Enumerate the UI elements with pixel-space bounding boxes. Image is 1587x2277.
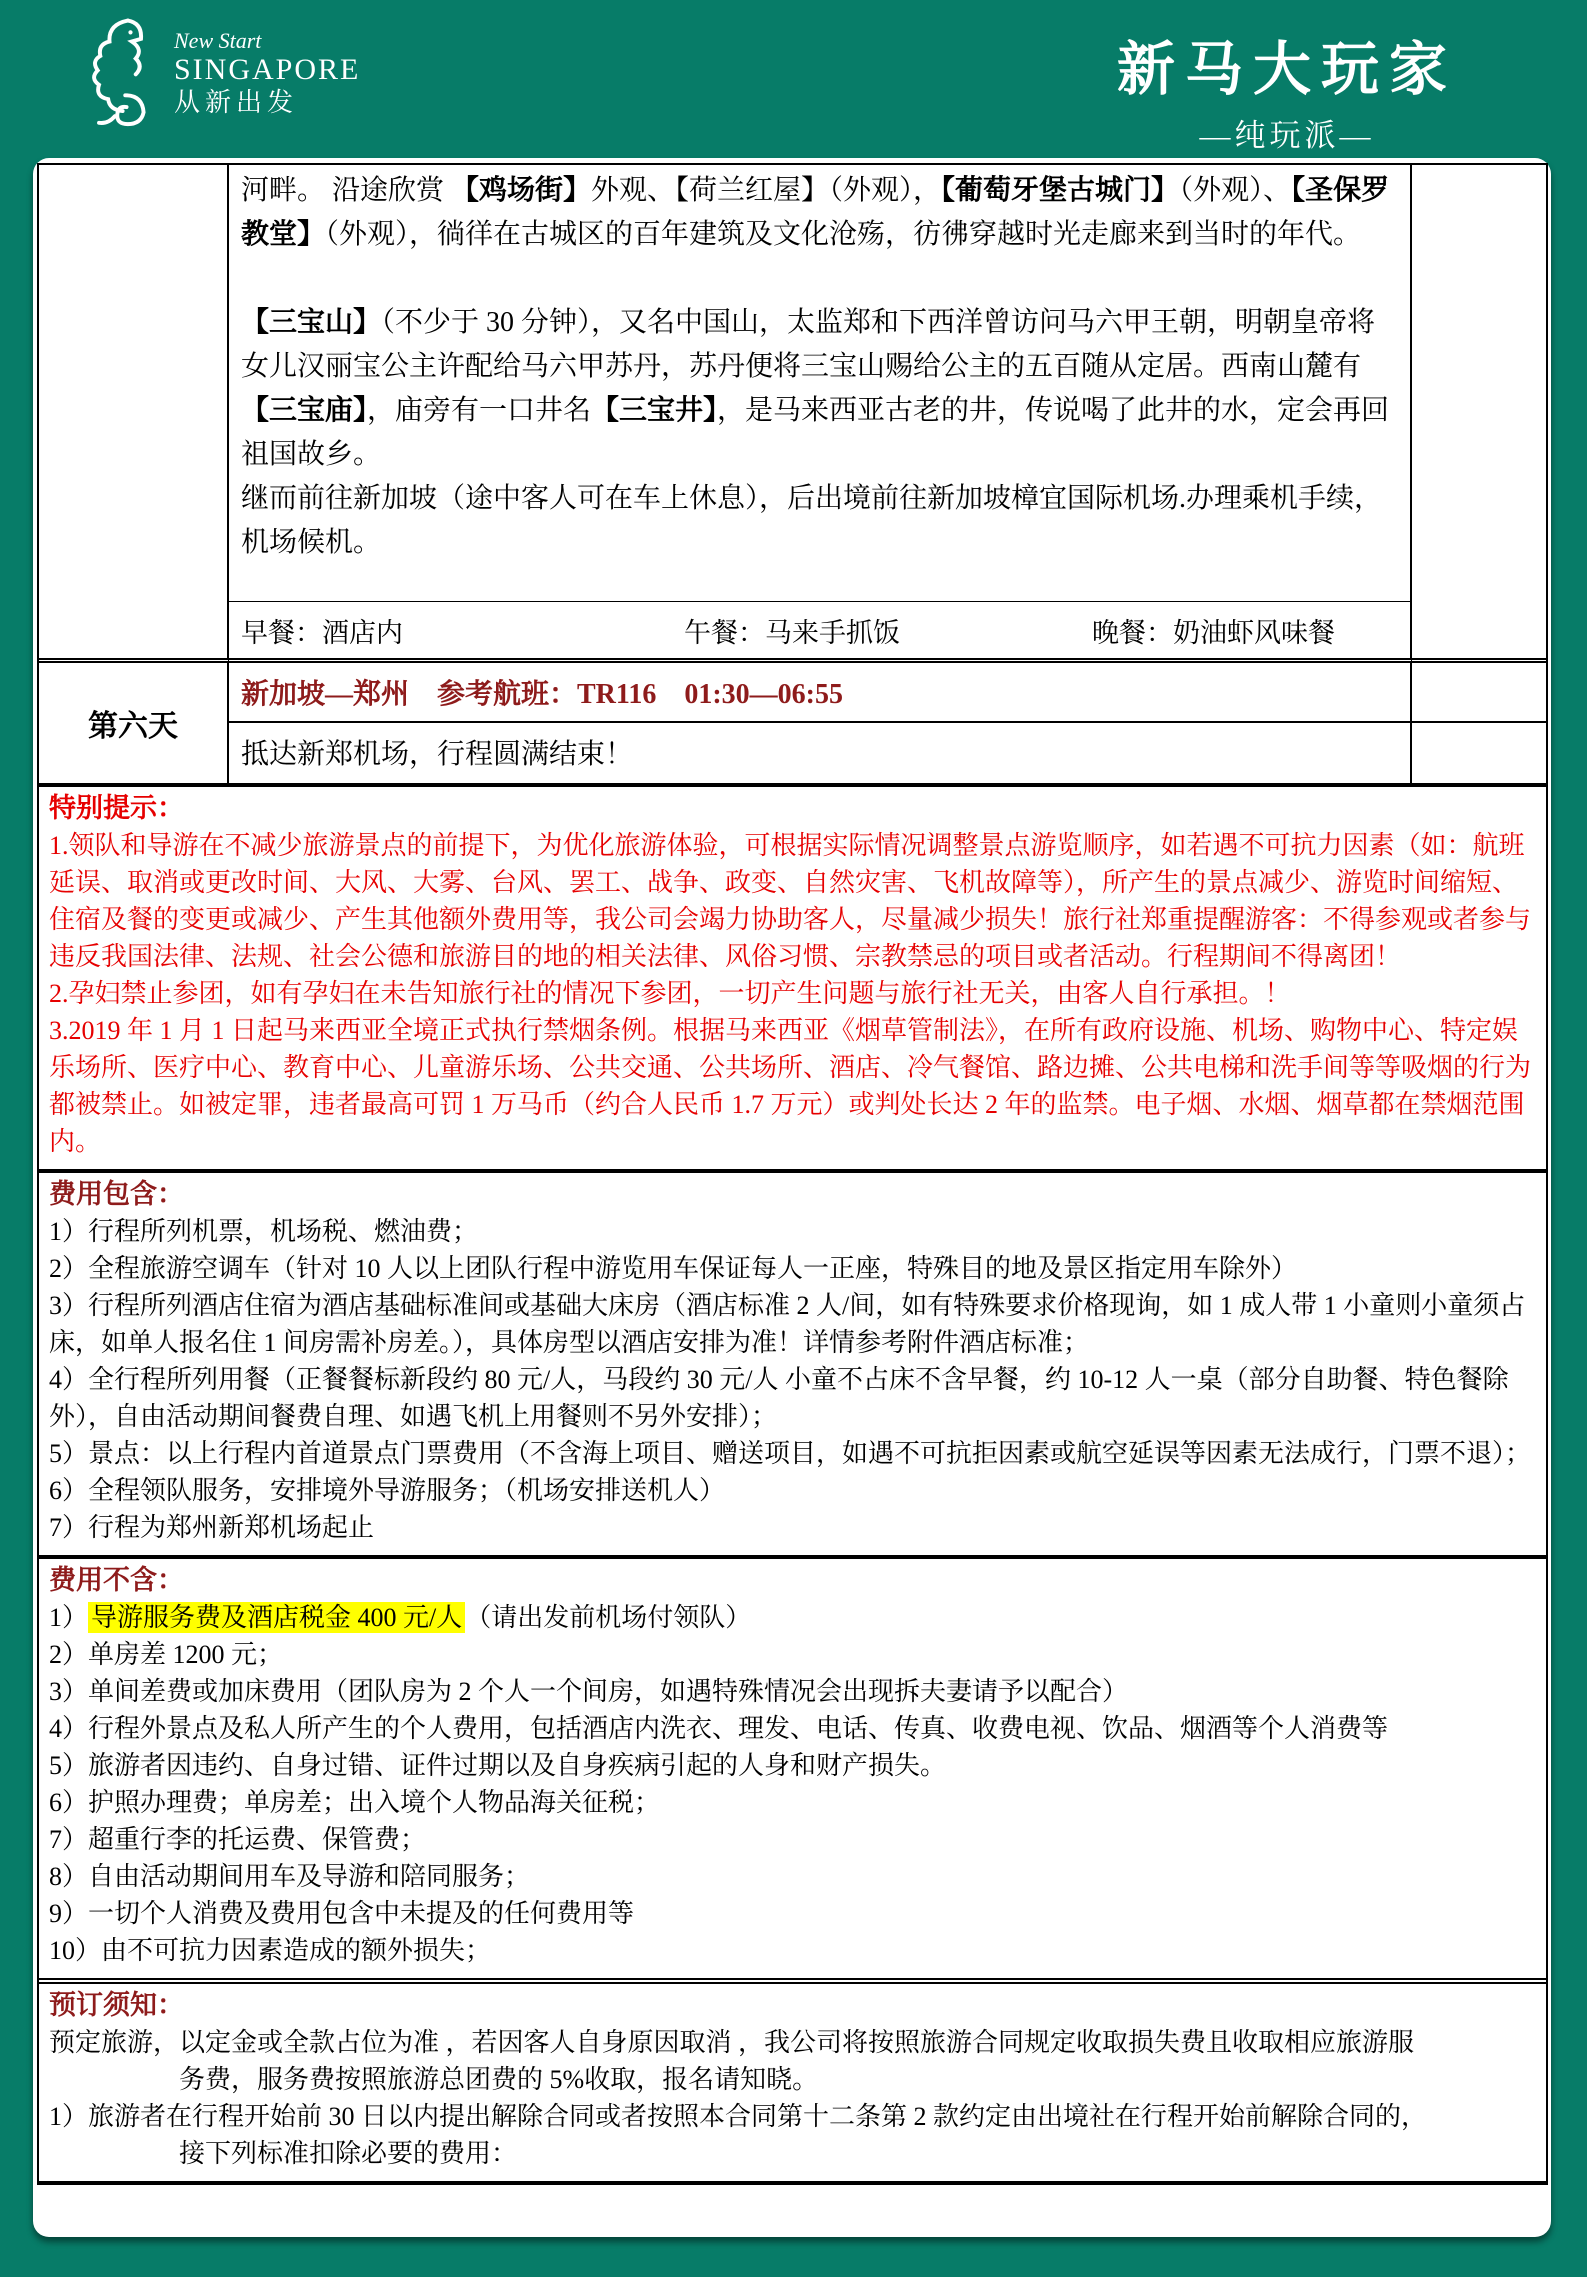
brand-subtitle: —纯玩派—: [1107, 110, 1467, 155]
booking-intro-line-indented: 务费，服务费按照旅游总团费的 5%收取，报名请知晓。: [49, 2061, 1534, 2098]
special-note-item: 2.孕妇禁止参团，如有孕妇在未告知旅行社的情况下参团，一切产生问题与旅行社无关，…: [49, 975, 1534, 1012]
fee-included-item: 2）全程旅游空调车（针对 10 人以上团队行程中游览用车保证每人一正座，特殊目的…: [49, 1250, 1534, 1287]
fee-excluded-item: 3）单间差费或加床费用（团队房为 2 个人一个间房，如遇特殊情况会出现拆夫妻请予…: [49, 1673, 1534, 1710]
logo-line-chinese: 从新出发: [174, 88, 360, 118]
agency-logo: New Start SINGAPORE 从新出发: [78, 14, 360, 132]
desc-bold-porta-de-santiago: 【葡萄牙堡古城门】: [941, 175, 1179, 206]
fee-excluded-item: 5）旅游者因违约、自身过错、证件过期以及自身疾病引起的人身和财产损失。: [49, 1747, 1534, 1784]
right-column-empty-cell: [1412, 165, 1546, 658]
brand-title: 新马大玩家: [1107, 22, 1467, 106]
fee-excluded-item: 10）由不可抗力因素造成的额外损失；: [49, 1932, 1534, 1969]
dinner-label: 晚餐：奶油虾风味餐: [1092, 611, 1335, 650]
brand-block: 新马大玩家 —纯玩派—: [1107, 22, 1467, 155]
special-notes-section: 特别提示： 1.领队和导游在不减少旅游景点的前提下，为优化旅游体验，可根据实际情…: [39, 783, 1546, 1169]
desc-text: （不少于 30 分钟），又名中国山，太监郑和下西洋曾访问马六甲王朝，明朝皇帝将女…: [241, 307, 1375, 382]
fee-excluded-item-1: 1）导游服务费及酒店税金 400 元/人（请出发前机场付领队）: [49, 1599, 1534, 1636]
fee-excluded-item: 6）护照办理费；单房差；出入境个人物品海关征税；: [49, 1784, 1534, 1821]
fees-included-section: 费用包含： 1）行程所列机票，机场税、燃油费； 2）全程旅游空调车（针对 10 …: [39, 1169, 1546, 1555]
logo-line-singapore: SINGAPORE: [174, 53, 360, 88]
desc-text: 河畔。 沿途欣赏: [241, 175, 451, 206]
description-paragraph-1: 河畔。 沿途欣赏 【鸡场街】外观、【荷兰红屋】（外观），【葡萄牙堡古城门】（外观…: [241, 169, 1400, 257]
logo-text: New Start SINGAPORE 从新出发: [174, 28, 360, 118]
fees-included-title: 费用包含：: [49, 1176, 1534, 1213]
desc-bold-sanbao-temple: 【三宝庙】: [241, 395, 367, 426]
highlighted-guide-fee-text: 导游服务费及酒店税金 400 元/人: [88, 1602, 465, 1633]
booking-item-line-indented: 接下列标准扣除必要的费用：: [49, 2135, 1534, 2172]
desc-text: （外观），徜徉在古城区的百年建筑及文化沧殇，彷彿穿越时光走廊来到当时的年代。: [325, 219, 1361, 250]
special-notes-title: 特别提示：: [49, 790, 1534, 827]
booking-intro-line: 预定旅游，以定金或全款占位为准 ，若因客人自身原因取消 ，我公司将按照旅游合同规…: [49, 2024, 1534, 2061]
fee-excluded-item: 4）行程外景点及私人所产生的个人费用，包括酒店内洗衣、理发、电话、传真、收费电视…: [49, 1710, 1534, 1747]
special-note-item: 3.2019 年 1 月 1 日起马来西亚全境正式执行禁烟条例。根据马来西亚《烟…: [49, 1012, 1534, 1160]
fee-excluded-item: 8）自由活动期间用车及导游和陪同服务；: [49, 1858, 1534, 1895]
day6-flight-info: 新加坡—郑州 参考航班：TR116 01:30—06:55: [229, 658, 1412, 721]
fee-included-item: 6）全程领队服务，安排境外导游服务；（机场安排送机人）: [49, 1472, 1534, 1509]
merlion-logo-icon: [78, 14, 162, 132]
lunch-label: 午餐：马来手抓饭: [684, 611, 1092, 650]
desc-bold-sanbao-well: 【三宝井】: [591, 395, 717, 426]
desc-text: （外观）、: [1179, 175, 1291, 206]
document-page: 河畔。 沿途欣赏 【鸡场街】外观、【荷兰红屋】（外观），【葡萄牙堡古城门】（外观…: [33, 158, 1551, 2237]
breakfast-label: 早餐：酒店内: [241, 611, 684, 650]
desc-bold-bukit-cina: 【三宝山】: [241, 307, 381, 338]
fees-excluded-section: 费用不含： 1）导游服务费及酒店税金 400 元/人（请出发前机场付领队） 2）…: [39, 1555, 1546, 1978]
fee-excluded-item: 7）超重行李的托运费、保管费；: [49, 1821, 1534, 1858]
desc-text: ，庙旁有一口井名: [367, 395, 591, 426]
fee-included-item: 7）行程为郑州新郑机场起止: [49, 1509, 1534, 1546]
fees-excluded-title: 费用不含：: [49, 1562, 1534, 1599]
meals-row: 早餐：酒店内 午餐：马来手抓饭 晚餐：奶油虾风味餐: [229, 602, 1412, 658]
booking-notes-title: 预订须知：: [49, 1987, 1534, 2024]
desc-bold-jonker-street: 【鸡场街】: [451, 175, 591, 206]
item-rest: （请出发前机场付领队）: [465, 1603, 751, 1632]
fee-included-item: 4）全行程所列用餐（正餐餐标新段约 80 元/人，马段约 30 元/人 小童不占…: [49, 1361, 1534, 1435]
right-column-empty-cell: [1412, 721, 1546, 783]
fee-included-item: 3）行程所列酒店住宿为酒店基础标准间或基础大床房（酒店标准 2 人/间，如有特殊…: [49, 1287, 1534, 1361]
day6-label-cell: 第六天: [39, 658, 229, 783]
item-prefix: 1）: [49, 1603, 88, 1632]
description-paragraph-3: 继而前往新加坡（途中客人可在车上休息），后出境前往新加坡樟宜国际机场.办理乘机手…: [241, 477, 1400, 565]
page-header: New Start SINGAPORE 从新出发 新马大玩家 —纯玩派—: [0, 0, 1587, 158]
fee-included-item: 1）行程所列机票，机场税、燃油费；: [49, 1213, 1534, 1250]
desc-text: 外观、【荷兰红屋】（外观），: [591, 175, 941, 206]
itinerary-document: 河畔。 沿途欣赏 【鸡场街】外观、【荷兰红屋】（外观），【葡萄牙堡古城门】（外观…: [37, 163, 1548, 2185]
description-paragraph-2: 【三宝山】（不少于 30 分钟），又名中国山，太监郑和下西洋曾访问马六甲王朝，明…: [241, 301, 1400, 477]
day6-arrival-text: 抵达新郑机场，行程圆满结束！: [229, 721, 1412, 783]
day5-description-cell: 河畔。 沿途欣赏 【鸡场街】外观、【荷兰红屋】（外观），【葡萄牙堡古城门】（外观…: [229, 165, 1412, 602]
fee-excluded-item: 9）一切个人消费及费用包含中未提及的任何费用等: [49, 1895, 1534, 1932]
booking-notes-section: 预订须知： 预定旅游，以定金或全款占位为准 ，若因客人自身原因取消 ，我公司将按…: [39, 1978, 1546, 2181]
day-column-empty-cell: [39, 165, 229, 658]
right-column-empty-cell: [1412, 658, 1546, 721]
fee-included-item: 5）景点：以上行程内首道景点门票费用（不含海上项目、赠送项目，如遇不可抗拒因素或…: [49, 1435, 1534, 1472]
booking-item-line: 1）旅游者在行程开始前 30 日以内提出解除合同或者按照本合同第十二条第 2 款…: [49, 2098, 1534, 2135]
special-note-item: 1.领队和导游在不减少旅游景点的前提下，为优化旅游体验，可根据实际情况调整景点游…: [49, 827, 1534, 975]
itinerary-table: 河畔。 沿途欣赏 【鸡场街】外观、【荷兰红屋】（外观），【葡萄牙堡古城门】（外观…: [39, 165, 1546, 783]
logo-line-new-start: New Start: [174, 28, 360, 53]
fee-excluded-item: 2）单房差 1200 元；: [49, 1636, 1534, 1673]
